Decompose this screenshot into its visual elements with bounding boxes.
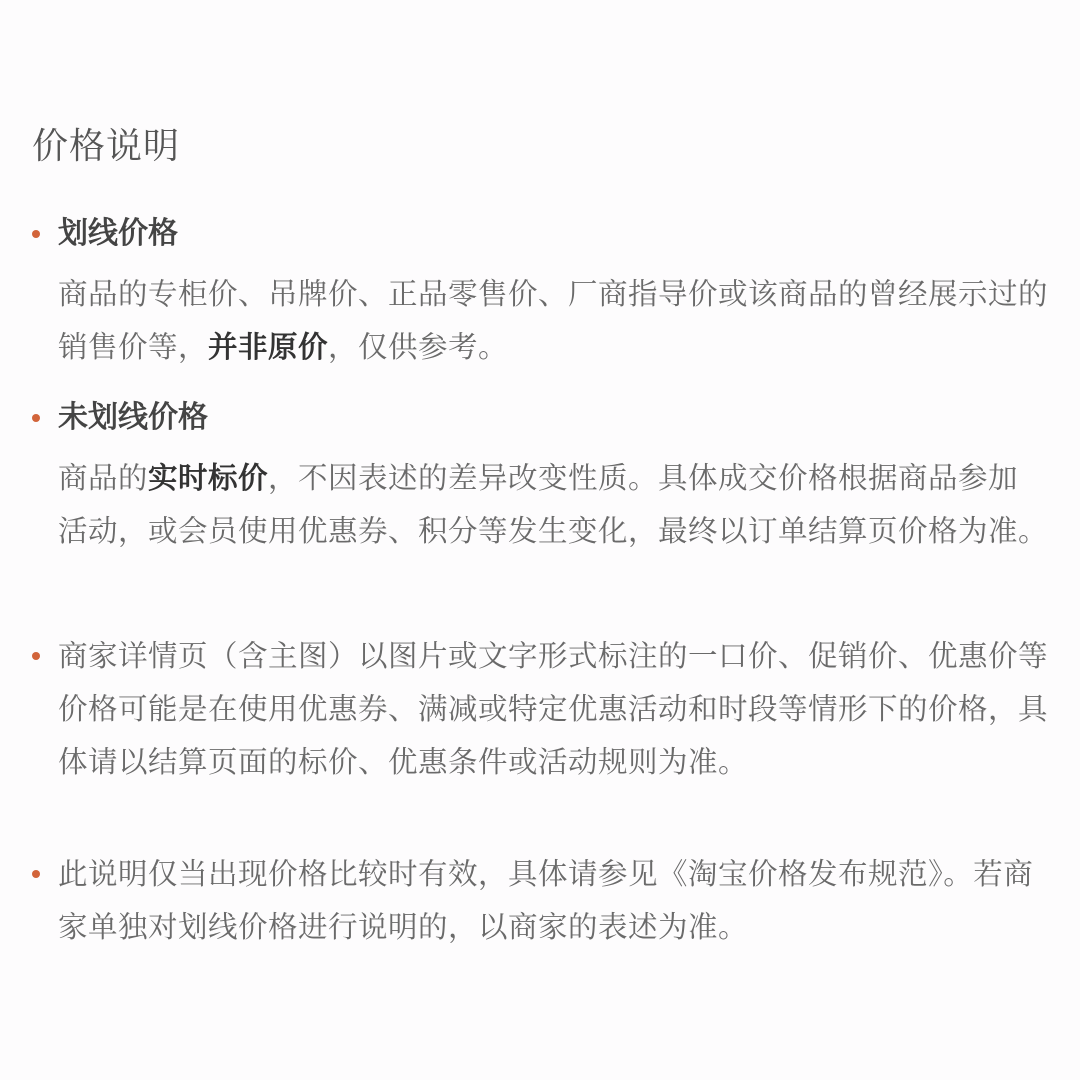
body-text: 商品的专柜价、吊牌价、正品零售价、厂商指导价或该商品的曾经展示过的销售价等，	[58, 277, 1048, 364]
section-body: 商家详情页（含主图）以图片或文字形式标注的一口价、促销价、优惠价等价格可能是在使…	[58, 630, 1048, 789]
section-body: 此说明仅当出现价格比较时有效，具体请参见《淘宝价格发布规范》。若商家单独对划线价…	[58, 848, 1048, 954]
body-text: 商品的	[58, 461, 148, 495]
bullet-dot-icon	[32, 870, 40, 878]
bullet-dot-icon	[32, 414, 40, 422]
section-validity-note: 此说明仅当出现价格比较时有效，具体请参见《淘宝价格发布规范》。若商家单独对划线价…	[28, 848, 1048, 954]
section-body: 商品的实时标价，不因表述的差异改变性质。具体成交价格根据商品参加活动，或会员使用…	[58, 452, 1048, 558]
section-non-strikethrough-price: 未划线价格 商品的实时标价，不因表述的差异改变性质。具体成交价格根据商品参加活动…	[28, 396, 1048, 558]
body-text: ，仅供参考。	[328, 330, 508, 364]
section-heading: 划线价格	[58, 212, 1048, 256]
bullet-dot-icon	[32, 652, 40, 660]
emphasis-text: 并非原价	[208, 330, 328, 364]
section-merchant-detail: 商家详情页（含主图）以图片或文字形式标注的一口价、促销价、优惠价等价格可能是在使…	[28, 630, 1048, 789]
bullet-dot-icon	[32, 230, 40, 238]
section-heading: 未划线价格	[58, 396, 1048, 440]
emphasis-text: 实时标价	[148, 461, 268, 495]
section-strikethrough-price: 划线价格 商品的专柜价、吊牌价、正品零售价、厂商指导价或该商品的曾经展示过的销售…	[28, 212, 1048, 374]
page-title: 价格说明	[32, 118, 180, 169]
section-body: 商品的专柜价、吊牌价、正品零售价、厂商指导价或该商品的曾经展示过的销售价等，并非…	[58, 268, 1048, 374]
